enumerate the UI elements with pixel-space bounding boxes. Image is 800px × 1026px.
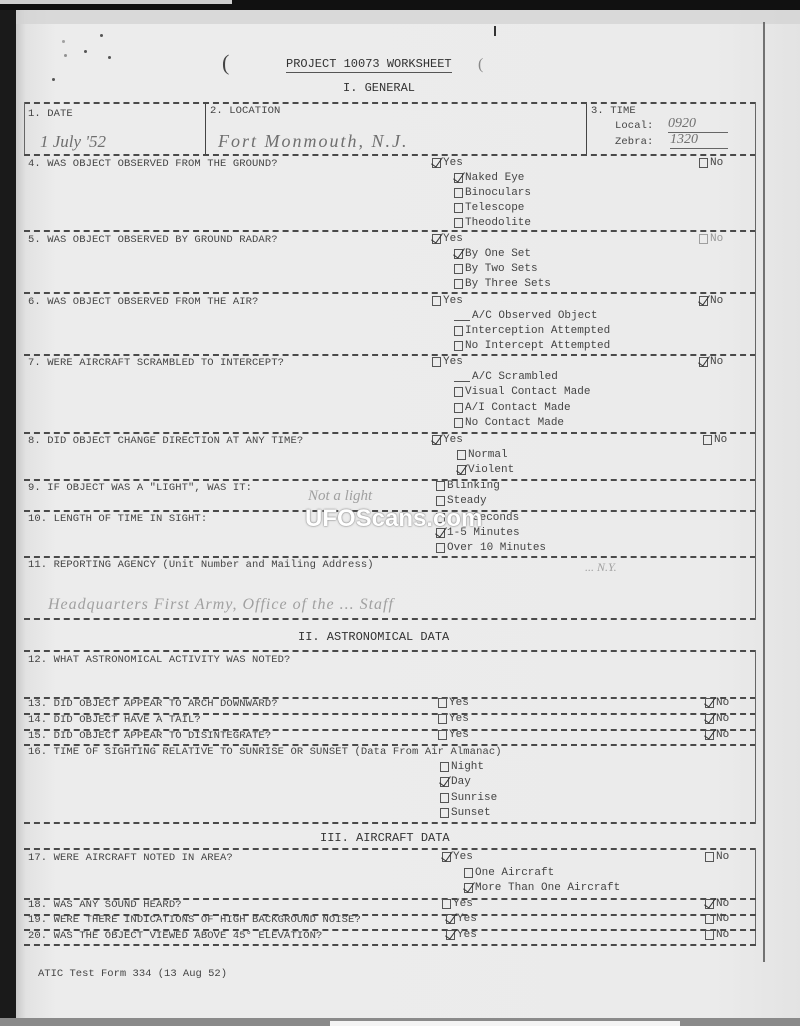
option-label: No Intercept Attempted [465,340,610,352]
q16-option-night[interactable]: Night [440,761,484,773]
q6-option-no-intercept[interactable]: No Intercept Attempted [454,340,610,352]
punch-mark: ( [222,50,229,76]
box-right-edge [755,154,756,230]
option-label: No [714,434,727,446]
q20-no[interactable]: No [705,929,729,941]
q18-no[interactable]: No [705,898,729,910]
checkbox[interactable] [454,218,463,228]
zebra-time-label: Zebra: [615,136,653,148]
option-label: No [716,851,729,863]
option-label: No [710,356,723,368]
divider-date-location [205,104,206,156]
q7-option-visual-contact[interactable]: Visual Contact Made [454,386,590,398]
option-label: No [716,729,729,741]
checkbox-checked[interactable] [446,914,455,924]
option-label: Yes [443,356,463,368]
box-right-edge [755,292,756,354]
checkbox-checked[interactable] [705,730,714,740]
checkbox[interactable] [454,326,463,336]
question-14-label: 14. DID OBJECT HAVE A TAIL? [28,714,201,726]
q9-handwritten-note: Not a light [308,488,372,505]
checkbox-checked[interactable] [464,883,473,893]
checkbox[interactable] [442,899,451,909]
q20-yes[interactable]: Yes [446,929,477,941]
box-right-edge [755,479,756,510]
q5-option-one-set[interactable]: By One Set [454,248,531,260]
page-shadow [16,10,800,24]
checkbox[interactable] [699,234,708,244]
q17-no[interactable]: No [705,851,729,863]
box-right-edge [755,354,756,432]
checkbox[interactable] [454,387,463,397]
blank-line[interactable] [454,312,470,321]
checkbox[interactable] [705,914,714,924]
q5-no[interactable]: No [699,233,723,245]
box-right-edge [755,102,756,156]
question-17-label: 17. WERE AIRCRAFT NOTED IN AREA? [28,852,233,864]
q4-option-naked-eye[interactable]: Naked Eye [454,172,524,184]
checkbox[interactable] [454,279,463,289]
q13-yes[interactable]: Yes [438,697,469,709]
option-label: Violent [468,464,514,476]
question-6-label: 6. WAS OBJECT OBSERVED FROM THE AIR? [28,296,258,308]
q19-yes[interactable]: Yes [446,913,477,925]
q5-option-two-sets[interactable]: By Two Sets [454,263,538,275]
option-label: Binoculars [465,187,531,199]
q7-option-ac-scrambled[interactable]: A/C Scrambled [454,371,558,383]
q14-yes[interactable]: Yes [438,713,469,725]
checkbox[interactable] [432,296,441,306]
scan-border-bottom-light [330,1021,680,1026]
q17-yes[interactable]: Yes [442,851,473,863]
question-19-label: 19. WERE THERE INDICATIONS OF HIGH BACKG… [28,914,361,926]
checkbox[interactable] [454,341,463,351]
watermark: UFOScans.com [305,505,482,533]
option-label: Naked Eye [465,172,524,184]
q8-yes[interactable]: Yes [432,434,463,446]
q6-option-ac-observed[interactable]: A/C Observed Object [454,310,597,322]
q4-no[interactable]: No [699,157,723,169]
checkbox[interactable] [438,698,447,708]
date-value: 1 July '52 [40,132,106,152]
question-10-label: 10. LENGTH OF TIME IN SIGHT: [28,513,207,525]
q5-option-three-sets[interactable]: By Three Sets [454,278,551,290]
checkbox[interactable] [699,158,708,168]
question-13-label: 13. DID OBJECT APPEAR TO ARCH DOWNWARD? [28,698,278,710]
option-label: No [716,697,729,709]
box-right-edge [755,510,756,556]
question-20-label: 20. WAS THE OBJECT VIEWED ABOVE 45° ELEV… [28,930,322,942]
checkbox-checked[interactable] [699,357,708,367]
q11-handwritten-agency: Headquarters First Army, Office of the .… [48,596,394,614]
q6-yes[interactable]: Yes [432,295,463,307]
checkbox-checked[interactable] [457,465,466,475]
box-right-edge [755,432,756,479]
checkbox[interactable] [438,714,447,724]
question-9-label: 9. IF OBJECT WAS A "LIGHT", WAS IT: [28,482,252,494]
q13-no[interactable]: No [705,697,729,709]
option-label: No [716,929,729,941]
option-label: Sunset [451,807,491,819]
option-label: Yes [443,233,463,245]
blank-line[interactable] [454,373,470,382]
option-label: Day [451,776,471,788]
checkbox-checked[interactable] [432,158,441,168]
option-label: No [716,713,729,725]
q19-no[interactable]: No [705,913,729,925]
q8-no[interactable]: No [703,434,727,446]
q16-option-day[interactable]: Day [440,776,471,788]
section-heading-astronomical: II. ASTRONOMICAL DATA [298,630,449,644]
zebra-time-value: 1320 [670,132,728,149]
q18-yes[interactable]: Yes [442,898,473,910]
option-label: Yes [443,157,463,169]
question-18-label: 18. WAS ANY SOUND HEARD? [28,899,182,911]
q17-option-one-aircraft[interactable]: One Aircraft [464,867,554,879]
section-heading-general: I. GENERAL [343,81,415,95]
question-4-label: 4. WAS OBJECT OBSERVED FROM THE GROUND? [28,158,278,170]
box-right-edge [755,650,756,697]
option-label: A/C Observed Object [472,310,597,322]
checkbox[interactable] [436,481,445,491]
q15-no[interactable]: No [705,729,729,741]
q4-option-theodolite[interactable]: Theodolite [454,217,531,229]
question-12-label: 12. WHAT ASTRONOMICAL ACTIVITY WAS NOTED… [28,654,290,666]
checkbox-checked[interactable] [454,173,463,183]
checkbox[interactable] [464,868,473,878]
q9-option-blinking[interactable]: Blinking [436,480,500,492]
checkbox-checked[interactable] [440,777,449,787]
punch-mark: ( [478,56,483,74]
q7-option-ai-contact[interactable]: A/I Contact Made [454,402,571,414]
checkbox-checked[interactable] [699,296,708,306]
checkbox[interactable] [440,808,449,818]
q10-option-over-10-minutes[interactable]: Over 10 Minutes [436,542,546,554]
q16-option-sunset[interactable]: Sunset [440,807,491,819]
option-label: No Contact Made [465,417,564,429]
option-label: No [710,157,723,169]
checkbox[interactable] [703,435,712,445]
checkbox-checked[interactable] [446,930,455,940]
option-label: No [710,295,723,307]
option-label: Theodolite [465,217,531,229]
q11-handwritten-side-note: ... N.Y. [585,560,617,575]
q4-option-binoculars[interactable]: Binoculars [454,187,531,199]
option-label: More Than One Aircraft [475,882,620,894]
q8-option-normal[interactable]: Normal [457,449,508,461]
option-label: A/I Contact Made [465,402,571,414]
question-16-label: 16. TIME OF SIGHTING RELATIVE TO SUNRISE… [28,746,502,758]
option-label: By Two Sets [465,263,538,275]
option-label: Blinking [447,480,500,492]
option-label: No [716,913,729,925]
scan-border-left [0,10,16,1026]
q15-yes[interactable]: Yes [438,729,469,741]
checkbox[interactable] [454,418,463,428]
page-fold-line [763,22,765,962]
option-label: One Aircraft [475,867,554,879]
question-15-label: 15. DID OBJECT APPEAR TO DISINTEGRATE? [28,730,271,742]
option-label: Normal [468,449,508,461]
scan-specks [40,30,150,90]
q17-option-more-than-one[interactable]: More Than One Aircraft [464,882,620,894]
option-label: Interception Attempted [465,325,610,337]
registration-mark [494,26,496,36]
question-8-label: 8. DID OBJECT CHANGE DIRECTION AT ANY TI… [28,435,303,447]
checkbox[interactable] [705,930,714,940]
checkbox[interactable] [454,264,463,274]
q6-option-interception-attempted[interactable]: Interception Attempted [454,325,610,337]
box-right-edge [755,697,756,824]
checkbox-checked[interactable] [705,698,714,708]
q7-no[interactable]: No [699,356,723,368]
question-7-label: 7. WERE AIRCRAFT SCRAMBLED TO INTERCEPT? [28,357,284,369]
option-label: Over 10 Minutes [447,542,546,554]
section-heading-aircraft: III. AIRCRAFT DATA [320,831,450,845]
option-label: Yes [443,434,463,446]
form-footer: ATIC Test Form 334 (13 Aug 52) [38,968,227,980]
box-right-edge [755,556,756,620]
option-label: Night [451,761,484,773]
box-right-edge [755,230,756,292]
option-label: Sunrise [451,792,497,804]
q6-no[interactable]: No [699,295,723,307]
scan-border-top-light [0,0,232,4]
q5-yes[interactable]: Yes [432,233,463,245]
checkbox[interactable] [454,403,463,413]
checkbox[interactable] [432,357,441,367]
q7-yes[interactable]: Yes [432,356,463,368]
q14-no[interactable]: No [705,713,729,725]
checkbox[interactable] [440,793,449,803]
option-label: Yes [453,898,473,910]
box-left-edge [24,102,25,156]
q7-option-no-contact[interactable]: No Contact Made [454,417,564,429]
checkbox-checked[interactable] [432,435,441,445]
checkbox-checked[interactable] [454,249,463,259]
local-time-value: 0920 [668,116,728,133]
option-label: By One Set [465,248,531,260]
option-label: By Three Sets [465,278,551,290]
checkbox-checked[interactable] [442,852,451,862]
date-label: 1. DATE [28,108,73,120]
q4-yes[interactable]: Yes [432,157,463,169]
document-title: PROJECT 10073 WORKSHEET [286,57,452,73]
checkbox[interactable] [440,762,449,772]
option-label: Yes [443,295,463,307]
option-label: No [716,898,729,910]
checkbox[interactable] [705,852,714,862]
question-11-label: 11. REPORTING AGENCY (Unit Number and Ma… [28,559,374,571]
option-label: Telescope [465,202,524,214]
option-label: Yes [457,929,477,941]
time-label: 3. TIME [591,105,636,117]
option-label: Yes [457,913,477,925]
checkbox[interactable] [436,543,445,553]
divider-location-time [586,104,587,156]
option-label: Visual Contact Made [465,386,590,398]
option-label: Yes [453,851,473,863]
q16-option-sunrise[interactable]: Sunrise [440,792,497,804]
checkbox[interactable] [454,203,463,213]
checkbox-checked[interactable] [432,234,441,244]
option-label: Yes [449,729,469,741]
q4-option-telescope[interactable]: Telescope [454,202,524,214]
option-label: No [710,233,723,245]
option-label: Yes [449,713,469,725]
checkbox-checked[interactable] [705,714,714,724]
checkbox-checked[interactable] [705,899,714,909]
question-5-label: 5. WAS OBJECT OBSERVED BY GROUND RADAR? [28,234,278,246]
location-label: 2. LOCATION [210,105,280,117]
q8-option-violent[interactable]: Violent [457,464,514,476]
option-label: Yes [449,697,469,709]
location-value: Fort Monmouth, N.J. [218,131,409,152]
checkbox[interactable] [457,450,466,460]
option-label: A/C Scrambled [472,371,558,383]
local-time-label: Local: [615,120,653,132]
checkbox[interactable] [438,730,447,740]
checkbox[interactable] [454,188,463,198]
